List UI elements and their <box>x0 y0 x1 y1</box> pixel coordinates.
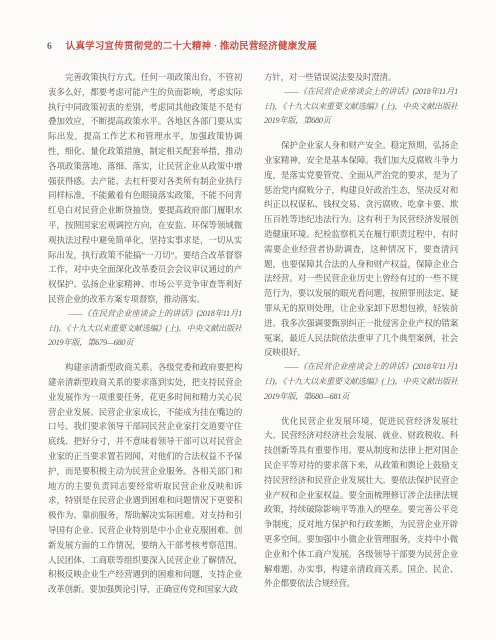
citation: ——《在民营企业座谈会上的讲话》(2018年11月1日)，《十九大以来重要文献选… <box>48 307 242 351</box>
two-column-text: 完善政策执行方式。任何一项政策出台，不管初衷多么好，都要考虑可能产生的负面影响，… <box>48 70 458 612</box>
paragraph: 保护企业家人身和财产安全。稳定预期，弘扬企业家精神，安全是基本保障。我们加大反腐… <box>264 138 458 360</box>
book-page: 6 认真学习宣传贯彻党的二十大精神 · 推动民营经济健康发展 完善政策执行方式。… <box>0 0 496 640</box>
paragraph: 完善政策执行方式。任何一项政策出台，不管初衷多么好，都要考虑可能产生的负面影响，… <box>48 70 242 307</box>
text-column-right: 方针，对一些错误说法要及时澄清。——《在民营企业座谈会上的讲话》(2018年11… <box>264 70 458 612</box>
citation: ——《在民营企业座谈会上的讲话》(2018年11月1日)，《十九大以来重要文献选… <box>264 85 458 129</box>
page-number: 6 <box>47 42 52 52</box>
text-column-left: 完善政策执行方式。任何一项政策出台，不管初衷多么好，都要考虑可能产生的负面影响，… <box>48 70 242 612</box>
citation: ——《在民营企业座谈会上的讲话》(2018年11月1日)，《十九大以来重要文献选… <box>264 360 458 404</box>
page-header-title: 认真学习宣传贯彻党的二十大精神 · 推动民营经济健康发展 <box>66 38 317 52</box>
paragraph: 方针，对一些错误说法要及时澄清。 <box>264 70 458 85</box>
paragraph: 优化民营企业发展环境，促进民营经济发展壮大。民营经济对经济社会发展、就业、财政税… <box>264 414 458 592</box>
paragraph: 构建亲清新型政商关系。各级党委和政府要把构建亲清新型政商关系的要求落到实处，把支… <box>48 360 242 597</box>
page-header: 6 认真学习宣传贯彻党的二十大精神 · 推动民营经济健康发展 <box>47 38 458 52</box>
